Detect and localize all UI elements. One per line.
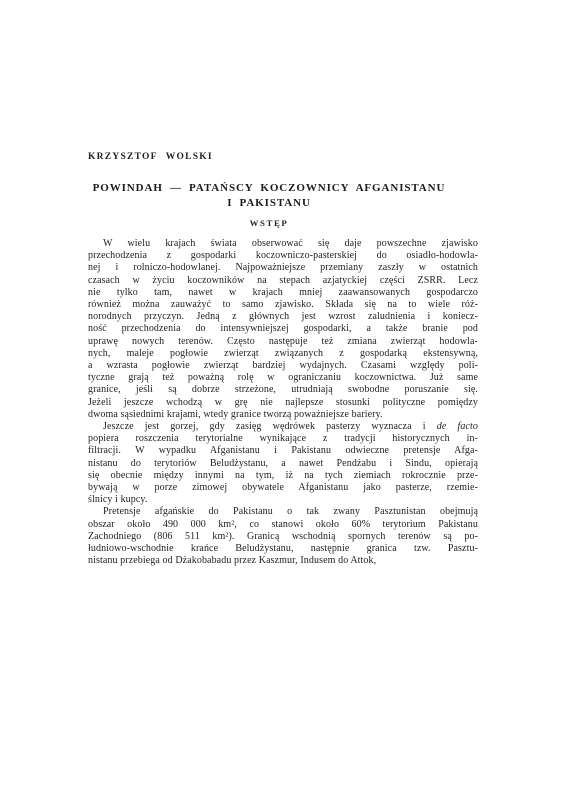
text-line: popiera roszczenia terytorialne wynikają… [88,433,478,445]
text-line: bywają w porze zimowej obywatele Afganis… [88,482,478,494]
text-line: nistanu przebiega od Dżakobabadu przez K… [88,555,478,567]
text-line: dwoma sąsiednimi krajami, wtedy granice … [88,409,478,421]
text-line: Zachodniego (806 511 km²). Granicą wscho… [88,531,478,543]
paragraph: Jeszcze jest gorzej, gdy zasięg wędrówek… [88,421,478,506]
text-line: norodnych przyczyn. Jedną z głównych jes… [88,311,478,323]
article-title: POWINDAH — PATAŃSCY KOCZOWNICY AFGANISTA… [74,181,464,210]
title-line-2: I PAKISTANU [74,196,464,211]
text-line: ność przechodzenia do intensywniejszej g… [88,323,478,335]
text-line: nie tylko tam, nawet w krajach mniej zaa… [88,287,478,299]
document-page: KRZYSZTOF WOLSKI POWINDAH — PATAŃSCY KOC… [0,0,566,800]
section-heading: WSTĘP [74,218,464,228]
text-line: Jeżeli jeszcze wchodzą w grę nie najleps… [88,397,478,409]
text-line: nistanu do terytoriów Beludżystanu, a na… [88,458,478,470]
paragraph: W wielu krajach świata obserwować się da… [88,238,478,421]
text-line: a wzrasta pogłowie zwierząt bardziej wyd… [88,360,478,372]
text-line: również można zauważyć to samo zjawisko.… [88,299,478,311]
text-line: nej i rolniczo-hodowlanej. Najpoważniejs… [88,262,478,274]
text-line: W wielu krajach świata obserwować się da… [88,238,478,250]
text-line: nych, maleje pogłowie zwierząt związanyc… [88,348,478,360]
text-line: czasach w życiu koczowników na stepach a… [88,275,478,287]
text-line: ślnicy i kupcy. [88,494,478,506]
text-line: granice, jeśli są dobrze strzeżone, utru… [88,384,478,396]
text-line: Jeszcze jest gorzej, gdy zasięg wędrówek… [88,421,478,433]
paragraph: Pretensje afgańskie do Pakistanu o tak z… [88,506,478,567]
article-body: W wielu krajach świata obserwować się da… [88,238,478,567]
text-line: filtracji. W wypadku Afganistanu i Pakis… [88,445,478,457]
author-name: KRZYSZTOF WOLSKI [88,152,213,162]
text-line: łudniowo-wschodnie krańce Beludżystanu, … [88,543,478,555]
text-line: obszar około 490 000 km², co stanowi oko… [88,519,478,531]
title-line-1: POWINDAH — PATAŃSCY KOCZOWNICY AFGANISTA… [74,181,464,196]
text-line: Pretensje afgańskie do Pakistanu o tak z… [88,506,478,518]
text-line: tyczne grają też poważną rolę w ogranicz… [88,372,478,384]
text-line: się obecnie między innymi na tym, iż na … [88,470,478,482]
text-line: przechodzenia z gospodarki koczowniczo-p… [88,250,478,262]
text-line: uprawę nowych terenów. Często następuje … [88,336,478,348]
